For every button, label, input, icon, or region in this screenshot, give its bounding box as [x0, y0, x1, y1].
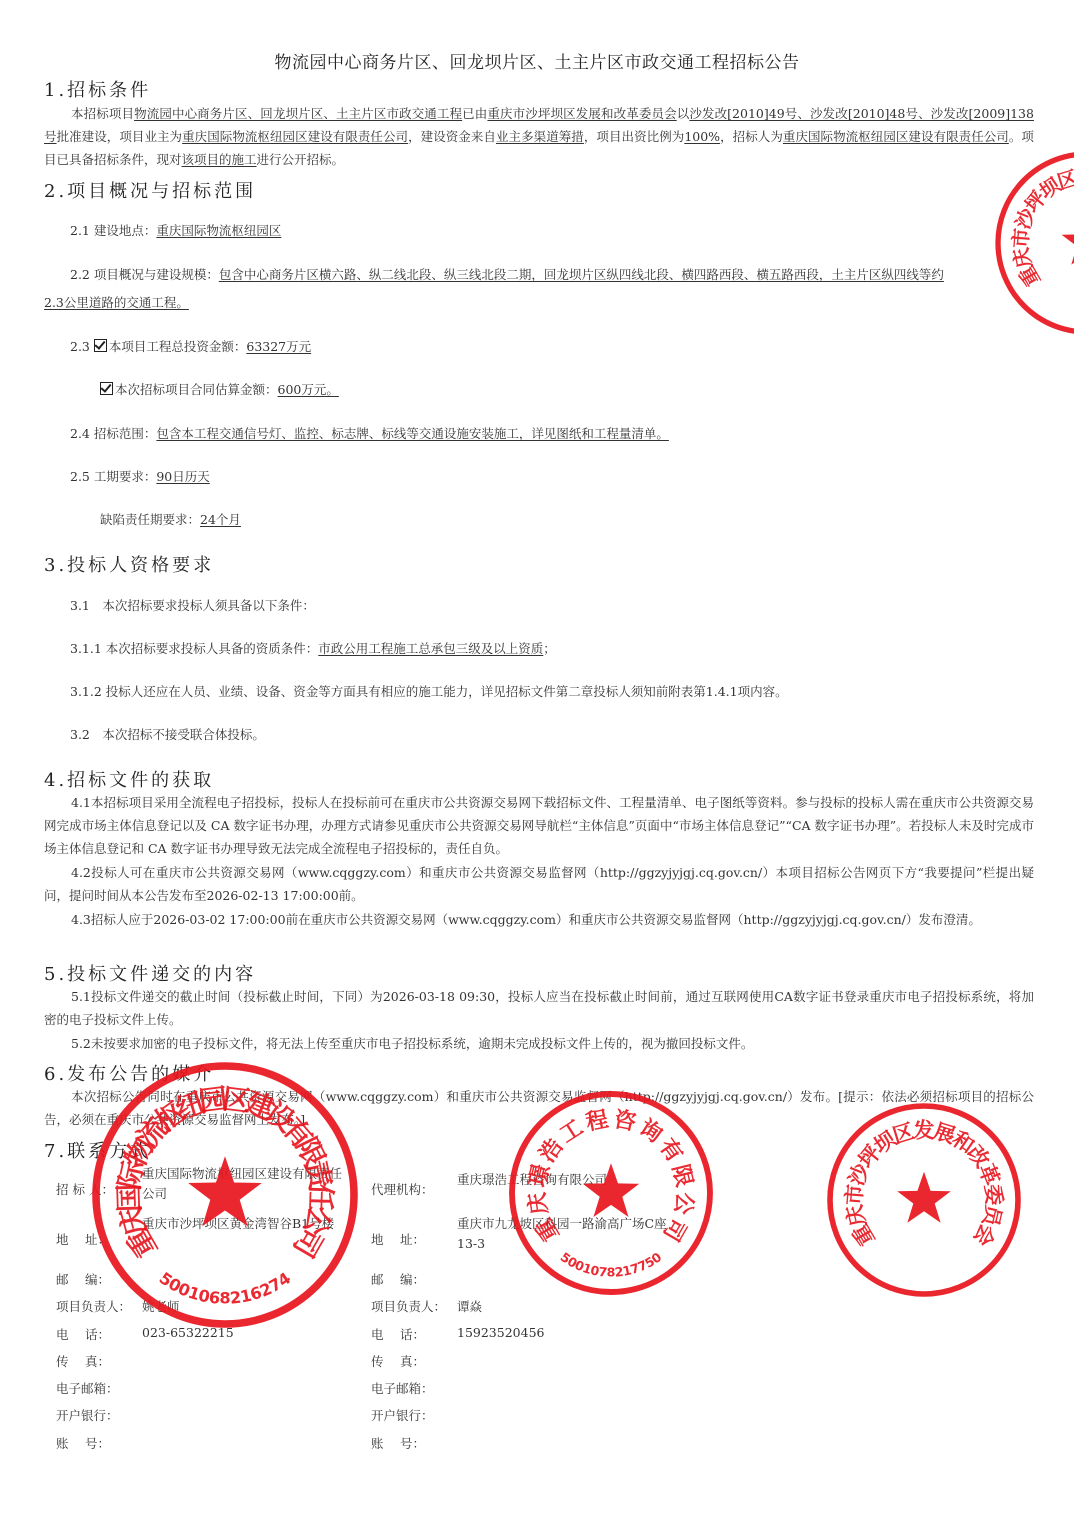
- contact-table: 招 标 人： 重庆国际物流枢纽园区建设有限责任公司 地 址： 重庆市沙坪坝区黄金…: [0, 0, 1074, 1520]
- tenderer-phone-label: 电 话：: [56, 1325, 110, 1343]
- agency-postcode-label: 邮 编：: [371, 1270, 425, 1288]
- agency-manager-label: 项目负责人：: [371, 1297, 446, 1315]
- agency-bank-label: 开户银行：: [371, 1406, 434, 1424]
- agency-address-value: 重庆市九龙坡区科园一路渝高广场C座13-3: [457, 1214, 667, 1254]
- tenderer-label: 招 标 人：: [56, 1180, 114, 1198]
- tenderer-fax-label: 传 真：: [56, 1352, 110, 1370]
- tenderer-account-label: 账 号：: [56, 1434, 110, 1452]
- agency-value: 重庆璟浩工程咨询有限公司: [457, 1170, 667, 1190]
- agency-address-label: 地 址：: [371, 1230, 425, 1248]
- tenderer-value: 重庆国际物流枢纽园区建设有限责任公司: [142, 1164, 342, 1204]
- tenderer-manager-label: 项目负责人：: [56, 1297, 131, 1315]
- announcement-page: 物流园中心商务片区、回龙坝片区、土主片区市政交通工程招标公告 1.招标条件 本招…: [0, 0, 1074, 1520]
- agency-fax-label: 传 真：: [371, 1352, 425, 1370]
- agency-account-label: 账 号：: [371, 1434, 425, 1452]
- tenderer-bank-label: 开户银行：: [56, 1406, 119, 1424]
- tenderer-address-value: 重庆市沙坪坝区黄金湾智谷B1号楼: [142, 1214, 342, 1234]
- agency-phone-label: 电 话：: [371, 1325, 425, 1343]
- tenderer-postcode-label: 邮 编：: [56, 1270, 110, 1288]
- agency-manager-value: 谭焱: [457, 1297, 482, 1315]
- agency-phone-value: 15923520456: [457, 1325, 544, 1340]
- agency-email-label: 电子邮箱：: [371, 1379, 434, 1397]
- tenderer-address-label: 地 址：: [56, 1230, 110, 1248]
- agency-label: 代理机构：: [371, 1180, 434, 1198]
- tenderer-email-label: 电子邮箱：: [56, 1379, 119, 1397]
- tenderer-phone-value: 023-65322215: [142, 1325, 234, 1340]
- tenderer-manager-value: 姚老师: [142, 1297, 180, 1315]
